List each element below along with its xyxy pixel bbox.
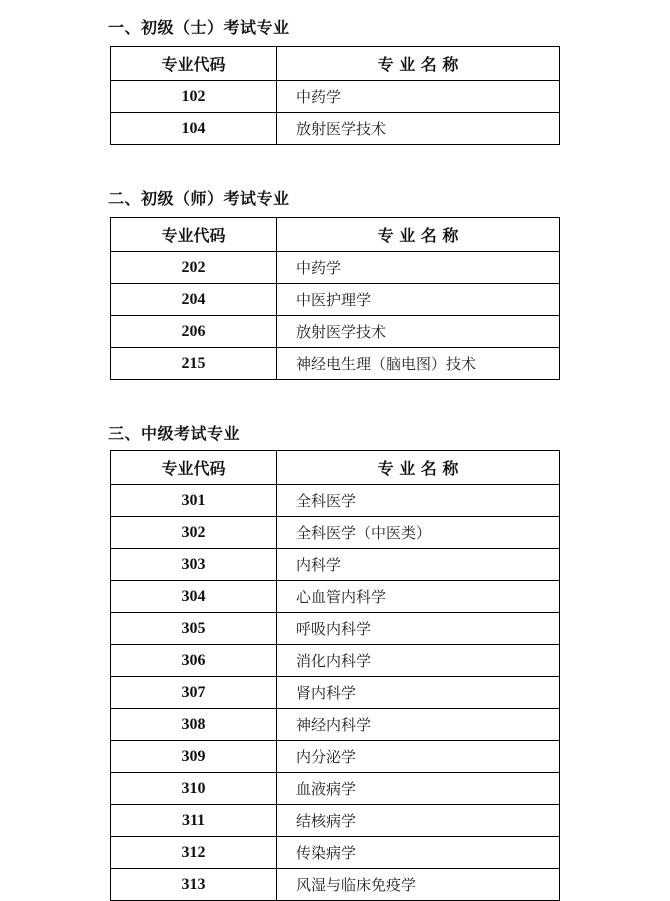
document-page: 一、初级（士）考试专业专业代码专 业 名 称102中药学104放射医学技术二、初… — [0, 0, 670, 901]
section-title: 三、中级考试专业 — [108, 424, 560, 444]
table-header-row: 专业代码专 业 名 称 — [111, 218, 560, 252]
specialty-name: 血液病学 — [277, 773, 560, 805]
specialty-table: 专业代码专 业 名 称102中药学104放射医学技术 — [110, 46, 560, 145]
table-row: 312传染病学 — [111, 837, 560, 869]
specialty-name: 中药学 — [277, 81, 560, 113]
specialty-name: 传染病学 — [277, 837, 560, 869]
specialty-code: 303 — [111, 549, 277, 581]
specialty-code: 202 — [111, 252, 277, 284]
table-row: 308神经内科学 — [111, 709, 560, 741]
specialty-name: 全科医学 — [277, 485, 560, 517]
exam-section-3: 三、中级考试专业专业代码专 业 名 称301全科医学302全科医学（中医类）30… — [108, 424, 560, 901]
section-title: 一、初级（士）考试专业 — [108, 18, 560, 38]
specialty-code: 305 — [111, 613, 277, 645]
exam-section-1: 一、初级（士）考试专业专业代码专 业 名 称102中药学104放射医学技术 — [108, 18, 560, 145]
column-header-name: 专 业 名 称 — [277, 218, 560, 252]
table-row: 215神经电生理（脑电图）技术 — [111, 348, 560, 380]
specialty-name: 中医护理学 — [277, 284, 560, 316]
document-content: 一、初级（士）考试专业专业代码专 业 名 称102中药学104放射医学技术二、初… — [108, 0, 560, 901]
specialty-name: 内分泌学 — [277, 741, 560, 773]
column-header-code: 专业代码 — [111, 218, 277, 252]
specialty-code: 311 — [111, 805, 277, 837]
specialty-name: 全科医学（中医类） — [277, 517, 560, 549]
table-row: 102中药学 — [111, 81, 560, 113]
table-row: 310血液病学 — [111, 773, 560, 805]
section-title: 二、初级（师）考试专业 — [108, 189, 560, 209]
table-row: 307肾内科学 — [111, 677, 560, 709]
specialty-name: 放射医学技术 — [277, 316, 560, 348]
specialty-code: 304 — [111, 581, 277, 613]
specialty-code: 310 — [111, 773, 277, 805]
specialty-code: 215 — [111, 348, 277, 380]
specialty-code: 312 — [111, 837, 277, 869]
table-row: 303内科学 — [111, 549, 560, 581]
table-row: 305呼吸内科学 — [111, 613, 560, 645]
column-header-code: 专业代码 — [111, 47, 277, 81]
specialty-table: 专业代码专 业 名 称202中药学204中医护理学206放射医学技术215神经电… — [110, 217, 560, 380]
specialty-code: 206 — [111, 316, 277, 348]
specialty-name: 神经内科学 — [277, 709, 560, 741]
column-header-name: 专 业 名 称 — [277, 451, 560, 485]
specialty-name: 中药学 — [277, 252, 560, 284]
exam-section-2: 二、初级（师）考试专业专业代码专 业 名 称202中药学204中医护理学206放… — [108, 189, 560, 380]
specialty-name: 神经电生理（脑电图）技术 — [277, 348, 560, 380]
table-row: 304心血管内科学 — [111, 581, 560, 613]
specialty-table: 专业代码专 业 名 称301全科医学302全科医学（中医类）303内科学304心… — [110, 450, 560, 901]
specialty-name: 内科学 — [277, 549, 560, 581]
table-row: 204中医护理学 — [111, 284, 560, 316]
specialty-code: 308 — [111, 709, 277, 741]
specialty-code: 104 — [111, 113, 277, 145]
specialty-code: 302 — [111, 517, 277, 549]
table-row: 313风湿与临床免疫学 — [111, 869, 560, 901]
specialty-code: 301 — [111, 485, 277, 517]
specialty-name: 心血管内科学 — [277, 581, 560, 613]
specialty-name: 肾内科学 — [277, 677, 560, 709]
table-row: 202中药学 — [111, 252, 560, 284]
table-row: 306消化内科学 — [111, 645, 560, 677]
specialty-name: 风湿与临床免疫学 — [277, 869, 560, 901]
table-row: 309内分泌学 — [111, 741, 560, 773]
column-header-name: 专 业 名 称 — [277, 47, 560, 81]
specialty-name: 放射医学技术 — [277, 113, 560, 145]
specialty-code: 309 — [111, 741, 277, 773]
table-row: 206放射医学技术 — [111, 316, 560, 348]
table-row: 302全科医学（中医类） — [111, 517, 560, 549]
specialty-code: 204 — [111, 284, 277, 316]
specialty-code: 306 — [111, 645, 277, 677]
column-header-code: 专业代码 — [111, 451, 277, 485]
specialty-code: 313 — [111, 869, 277, 901]
specialty-name: 结核病学 — [277, 805, 560, 837]
table-row: 311结核病学 — [111, 805, 560, 837]
table-header-row: 专业代码专 业 名 称 — [111, 451, 560, 485]
table-header-row: 专业代码专 业 名 称 — [111, 47, 560, 81]
specialty-name: 呼吸内科学 — [277, 613, 560, 645]
specialty-name: 消化内科学 — [277, 645, 560, 677]
specialty-code: 102 — [111, 81, 277, 113]
table-row: 301全科医学 — [111, 485, 560, 517]
table-row: 104放射医学技术 — [111, 113, 560, 145]
specialty-code: 307 — [111, 677, 277, 709]
